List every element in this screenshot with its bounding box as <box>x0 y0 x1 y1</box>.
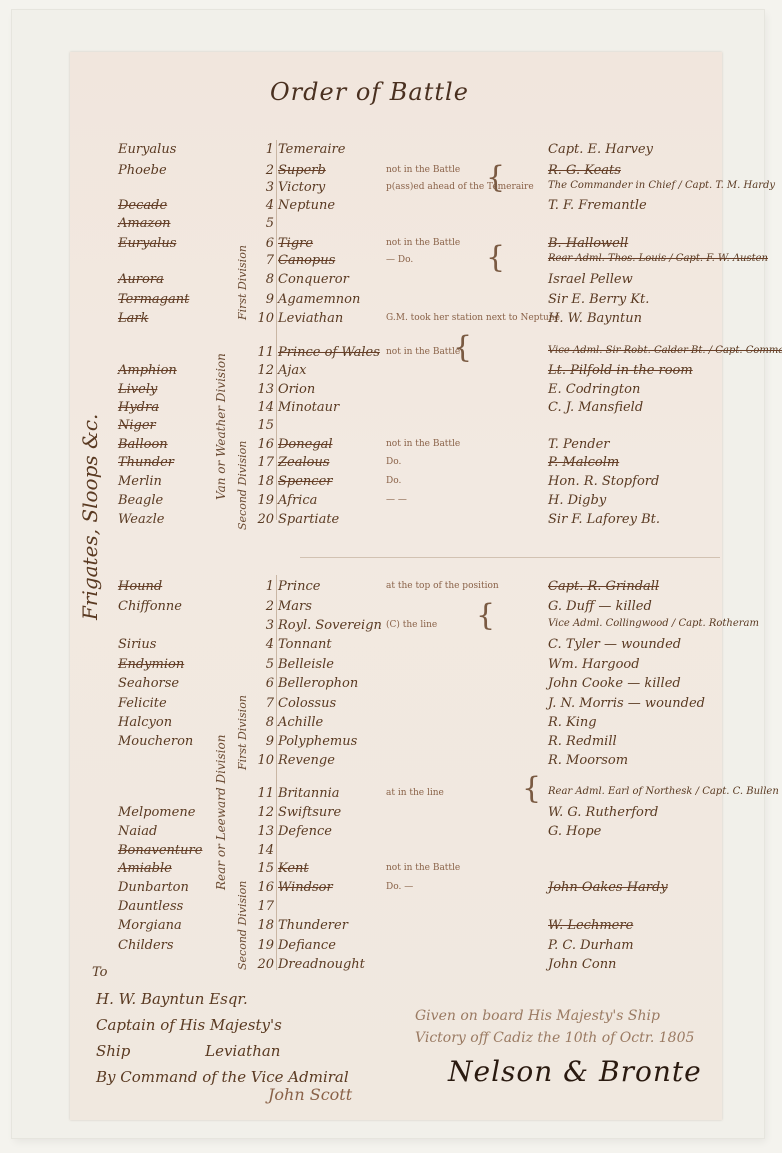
ship-name: Revenge <box>278 753 498 773</box>
line-position-number: 11 <box>252 786 274 806</box>
line-position-number: 3 <box>252 180 274 200</box>
line-position-number: 7 <box>252 253 274 273</box>
ship-note: Do. <box>386 457 401 467</box>
addressee-title: Captain of His Majesty's <box>96 1012 349 1038</box>
captain-name: T. F. Fremantle <box>548 198 728 218</box>
line-position-number: 16 <box>252 880 274 900</box>
captain-name: Vice Adml. Sir Robt. Calder Bt. / Capt. … <box>548 345 728 365</box>
line-position-number: 8 <box>252 272 274 292</box>
captain-name: R. King <box>548 715 728 735</box>
frigate-name: Aurora <box>118 272 238 292</box>
ship-name: Temeraire <box>278 142 498 162</box>
captain-name: John Cooke — killed <box>548 676 728 696</box>
ship-note: — — <box>386 495 407 505</box>
captain-name: Israel Pellew <box>548 272 728 292</box>
frigate-name: Weazle <box>118 512 238 532</box>
line-position-number: 4 <box>252 198 274 218</box>
addressee-name: H. W. Bayntun Esqr. <box>96 986 349 1012</box>
line-position-number: 19 <box>252 493 274 513</box>
line-position-number: 1 <box>252 579 274 599</box>
captain-name: E. Codrington <box>548 382 728 402</box>
captain-name <box>548 418 728 438</box>
ship-name: Defiance <box>278 938 498 958</box>
ship-name <box>278 899 498 919</box>
ship-name: Swiftsure <box>278 805 498 825</box>
captain-name: G. Hope <box>548 824 728 844</box>
to-label: To <box>92 960 349 986</box>
weather-number-rule <box>276 140 277 520</box>
line-position-number: 4 <box>252 637 274 657</box>
frigate-name: Merlin <box>118 474 238 494</box>
captain-name: Sir E. Berry Kt. <box>548 292 728 312</box>
ship-note: not in the Battle <box>386 439 460 449</box>
brace-canopus: { <box>486 243 505 273</box>
captain-name <box>548 216 728 236</box>
line-position-number: 16 <box>252 437 274 457</box>
captain-name: H. Digby <box>548 493 728 513</box>
line-position-number: 7 <box>252 696 274 716</box>
line-position-number: 15 <box>252 418 274 438</box>
frigate-name: Dauntless <box>118 899 238 919</box>
secretary-signature: John Scott <box>268 1085 352 1104</box>
lee-number-rule <box>276 575 277 970</box>
ship-note: not in the Battle <box>386 347 460 357</box>
captain-name: C. J. Mansfield <box>548 400 728 420</box>
brace-royal-sovereign: { <box>476 601 495 631</box>
captain-name: Capt. R. Grindall <box>548 579 728 599</box>
ship-name: Colossus <box>278 696 498 716</box>
captain-name: P. C. Durham <box>548 938 728 958</box>
frigate-name <box>118 180 238 200</box>
ship-name: Polyphemus <box>278 734 498 754</box>
captain-name: Sir F. Laforey Bt. <box>548 512 728 532</box>
frigate-name: Morgiana <box>118 918 238 938</box>
line-position-number: 9 <box>252 292 274 312</box>
ship-name <box>278 216 498 236</box>
frigate-name: Niger <box>118 418 238 438</box>
captain-name: G. Duff — killed <box>548 599 728 619</box>
ship-note: at in the line <box>386 788 444 798</box>
line-position-number: 17 <box>252 899 274 919</box>
line-position-number: 11 <box>252 345 274 365</box>
ship-name: Orion <box>278 382 498 402</box>
captain-name: J. N. Morris — wounded <box>548 696 728 716</box>
line-position-number: 20 <box>252 512 274 532</box>
captain-name <box>548 843 728 863</box>
captain-name: R. Moorsom <box>548 753 728 773</box>
frigate-name: Felicite <box>118 696 238 716</box>
captain-name: P. Malcolm <box>548 455 728 475</box>
captain-name: C. Tyler — wounded <box>548 637 728 657</box>
given-line-2: Victory off Cadiz the 10th of Octr. 1805 <box>415 1027 694 1049</box>
captain-name: John Oakes Hardy <box>548 880 728 900</box>
line-position-number: 13 <box>252 382 274 402</box>
ship-name <box>278 418 498 438</box>
ship-name: Belleisle <box>278 657 498 677</box>
given-on-board-block: Given on board His Majesty's Ship Victor… <box>415 1005 694 1049</box>
captain-name: Rear Adml. Thos. Louis / Capt. F. W. Aus… <box>548 253 728 273</box>
line-position-number: 2 <box>252 599 274 619</box>
captain-name: Lt. Pilfold in the room <box>548 363 728 383</box>
captain-name <box>548 861 728 881</box>
frigate-name: Termagant <box>118 292 238 312</box>
nelson-signature: Nelson & Bronte <box>448 1055 702 1088</box>
ship-name: Thunderer <box>278 918 498 938</box>
frigate-name: Naiad <box>118 824 238 844</box>
line-position-number: 10 <box>252 311 274 331</box>
line-position-number: 17 <box>252 455 274 475</box>
ship-note: p(ass)ed ahead of the Temeraire <box>386 182 534 192</box>
brace-prince-of-wales: { <box>453 333 472 363</box>
line-position-number: 18 <box>252 918 274 938</box>
brace-britannia: { <box>522 774 541 804</box>
frigate-name <box>118 345 238 365</box>
captain-name: Wm. Hargood <box>548 657 728 677</box>
frigate-name: Lively <box>118 382 238 402</box>
captain-name: Capt. E. Harvey <box>548 142 728 162</box>
frigate-name: Moucheron <box>118 734 238 754</box>
line-position-number: 6 <box>252 676 274 696</box>
frigate-name <box>118 618 238 638</box>
frigate-name: Endymion <box>118 657 238 677</box>
frigate-name: Childers <box>118 938 238 958</box>
frigate-name: Thunder <box>118 455 238 475</box>
line-position-number: 10 <box>252 753 274 773</box>
frigate-name: Hound <box>118 579 238 599</box>
line-position-number: 8 <box>252 715 274 735</box>
ship-note: (C) the line <box>386 620 437 630</box>
line-position-number: 18 <box>252 474 274 494</box>
ship-note: Do. — <box>386 882 413 892</box>
frigate-name: Chiffonne <box>118 599 238 619</box>
frigate-name: Decade <box>118 198 238 218</box>
frigate-name: Lark <box>118 311 238 331</box>
captain-name: Rear Adml. Earl of Northesk / Capt. C. B… <box>548 786 728 806</box>
frigate-name: Sirius <box>118 637 238 657</box>
ship-name: Defence <box>278 824 498 844</box>
frigate-name: Amazon <box>118 216 238 236</box>
captain-name: W. Lechmere <box>548 918 728 938</box>
captain-name: W. G. Rutherford <box>548 805 728 825</box>
ship-name: Spartiate <box>278 512 498 532</box>
captain-name: John Conn <box>548 957 728 977</box>
ship-name: Bellerophon <box>278 676 498 696</box>
frigate-name: Halcyon <box>118 715 238 735</box>
ship-note: Do. <box>386 476 401 486</box>
frigate-name: Balloon <box>118 437 238 457</box>
frigate-name: Amphion <box>118 363 238 383</box>
addressee-ship-line: Ship Leviathan <box>96 1038 349 1064</box>
frigate-name: Euryalus <box>118 142 238 162</box>
ship-name: Mars <box>278 599 498 619</box>
ship-name: Conqueror <box>278 272 498 292</box>
frigates-side-label: Frigates, Sloops &c. <box>78 414 102 620</box>
ship-note: not in the Battle <box>386 238 460 248</box>
line-position-number: 5 <box>252 657 274 677</box>
ship-name: Tonnant <box>278 637 498 657</box>
line-position-number: 3 <box>252 618 274 638</box>
line-position-number: 19 <box>252 938 274 958</box>
ship-word: Ship <box>96 1042 130 1060</box>
ship-name: Achille <box>278 715 498 735</box>
captain-name: The Commander in Chief / Capt. T. M. Har… <box>548 180 728 200</box>
captain-name: H. W. Bayntun <box>548 311 728 331</box>
fold-line <box>300 557 720 558</box>
brace-victory: { <box>486 163 505 193</box>
addressee-block: To H. W. Bayntun Esqr. Captain of His Ma… <box>96 960 349 1090</box>
frigate-name: Dunbarton <box>118 880 238 900</box>
frigate-name: Hydra <box>118 400 238 420</box>
frigate-name <box>118 253 238 273</box>
ship-name: Ajax <box>278 363 498 383</box>
line-position-number: 1 <box>252 142 274 162</box>
line-position-number: 14 <box>252 400 274 420</box>
ship-name: Neptune <box>278 198 498 218</box>
ship-name: Agamemnon <box>278 292 498 312</box>
frigate-name: Melpomene <box>118 805 238 825</box>
line-position-number: 13 <box>252 824 274 844</box>
captain-name: Hon. R. Stopford <box>548 474 728 494</box>
addressee-ship: Leviathan <box>205 1042 280 1060</box>
captain-name <box>548 899 728 919</box>
line-position-number: 9 <box>252 734 274 754</box>
line-position-number: 12 <box>252 363 274 383</box>
given-line-1: Given on board His Majesty's Ship <box>415 1005 694 1027</box>
frigate-name <box>118 786 238 806</box>
line-position-number: 15 <box>252 861 274 881</box>
ship-note: — Do. <box>386 255 413 265</box>
line-position-number: 5 <box>252 216 274 236</box>
frigate-name: Bonaventure <box>118 843 238 863</box>
frigate-name: Beagle <box>118 493 238 513</box>
captain-name: R. Redmill <box>548 734 728 754</box>
frigate-name: Amiable <box>118 861 238 881</box>
ship-note: not in the Battle <box>386 165 460 175</box>
ship-note: G.M. took her station next to Neptune <box>386 313 560 323</box>
ship-name: Minotaur <box>278 400 498 420</box>
ship-note: at the top of the position <box>386 581 499 591</box>
captain-name: Vice Adml. Collingwood / Capt. Rotheram <box>548 618 728 638</box>
frigate-name: Seahorse <box>118 676 238 696</box>
document-title: Order of Battle <box>270 78 469 106</box>
captain-name: T. Pender <box>548 437 728 457</box>
line-position-number: 14 <box>252 843 274 863</box>
line-position-number: 12 <box>252 805 274 825</box>
ship-name <box>278 843 498 863</box>
frigate-name <box>118 753 238 773</box>
ship-note: not in the Battle <box>386 863 460 873</box>
